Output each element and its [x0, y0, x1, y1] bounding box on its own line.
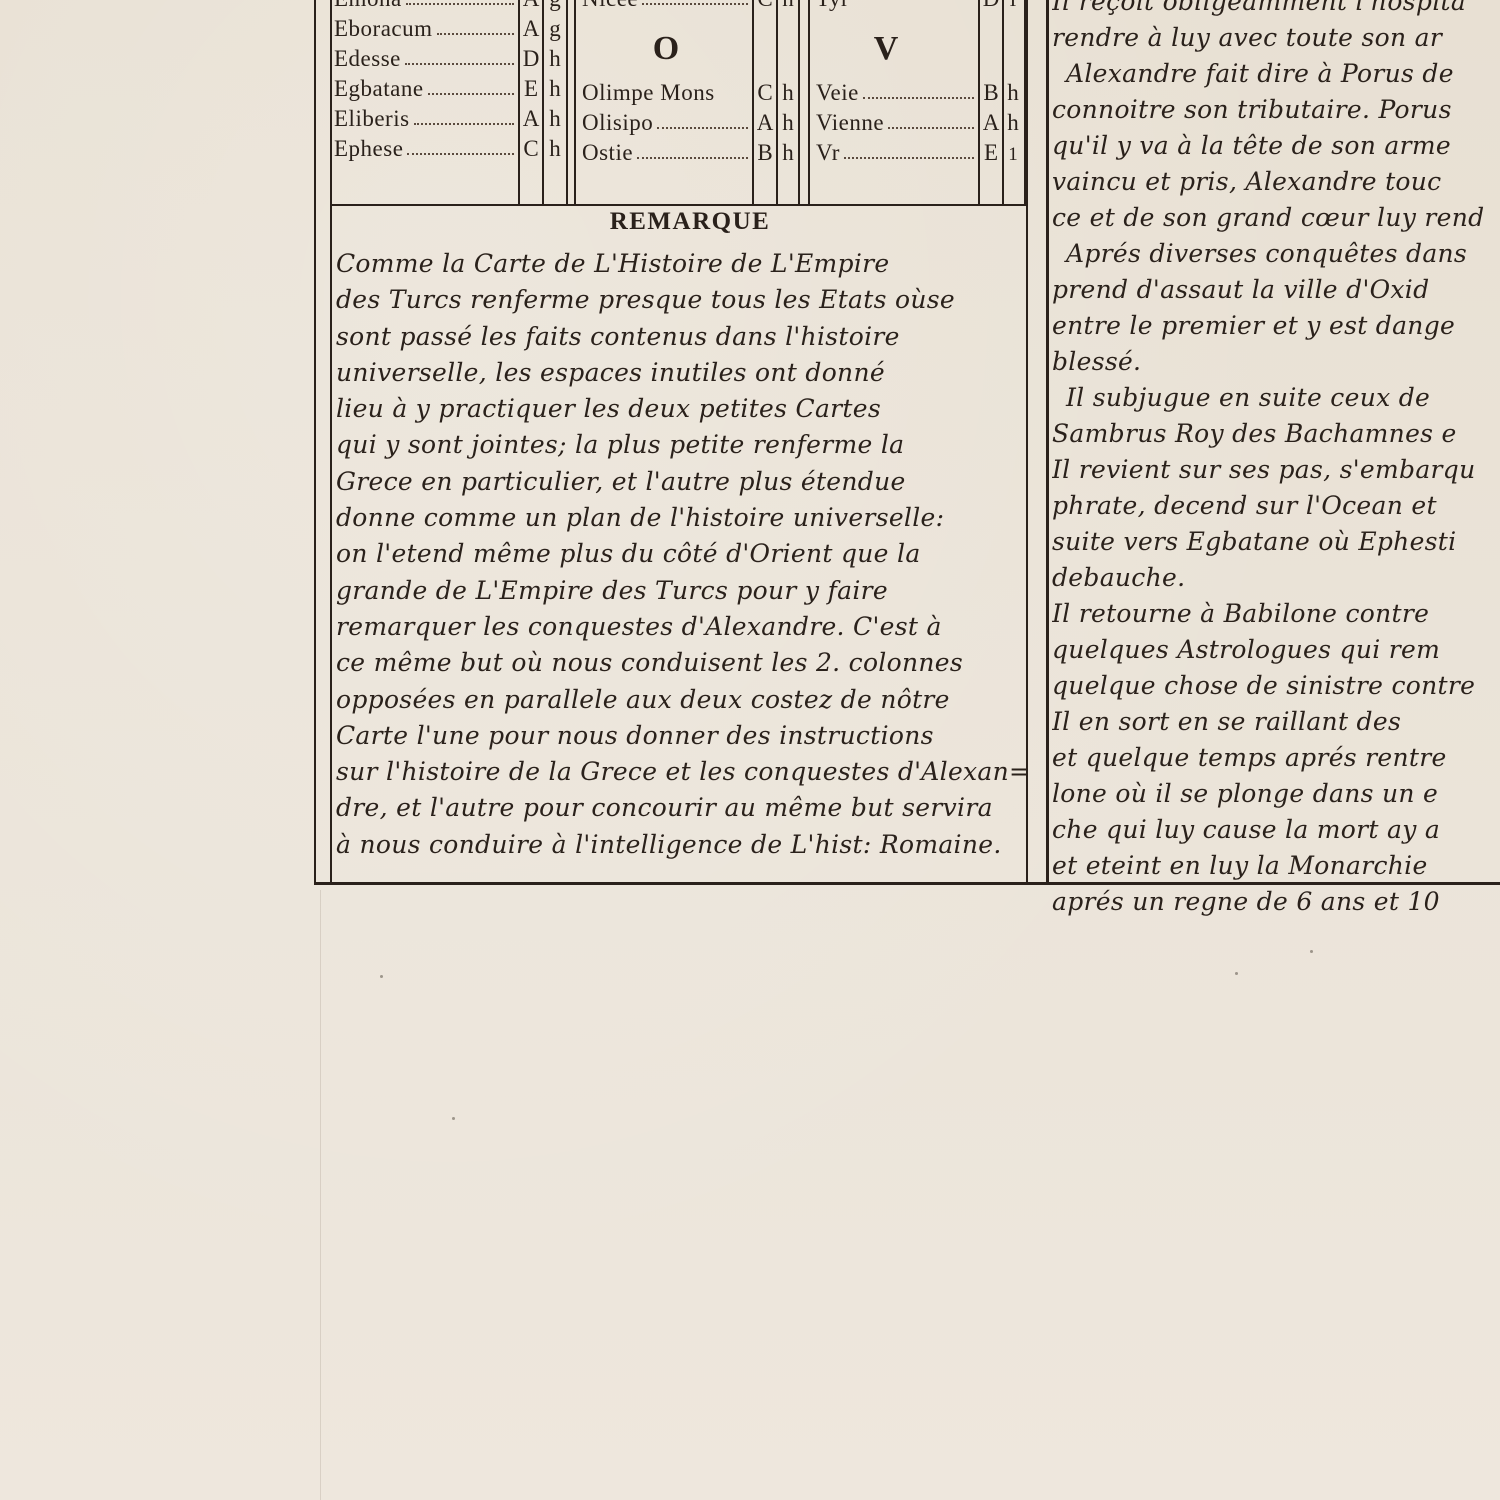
- remarque-line: sont passé les faits contenus dans l'his…: [336, 319, 1026, 355]
- grid-letter: A: [520, 102, 542, 132]
- narrative-line: Il retourne à Babilone contre: [1052, 596, 1500, 632]
- place-index-table: Emona A g Eboracum A g Edesse D h Egbata…: [330, 0, 1028, 206]
- narrative-line: Sambrus Roy des Bachamnes e: [1052, 416, 1500, 452]
- grid-sub: h: [777, 76, 799, 106]
- remarque-line: universelle, les espaces inutiles ont do…: [336, 355, 1026, 391]
- grid-letter: A: [520, 0, 542, 12]
- grid-letter: A: [520, 12, 542, 42]
- narrative-line: lone où il se plonge dans un e: [1052, 776, 1500, 812]
- remarque-line: Comme la Carte de L'Histoire de L'Empire: [336, 246, 1026, 282]
- narrative-line: Alexandre fait dire à Porus de: [1052, 56, 1500, 92]
- table-rule: [808, 0, 810, 204]
- index-row-partial: Tyr: [816, 0, 978, 12]
- grid-sub: g: [544, 12, 566, 42]
- grid-sub: 1: [1002, 136, 1024, 166]
- narrative-line: et eteint en luy la Monarchie: [1052, 848, 1500, 884]
- narrative-line: che qui luy cause la mort ay a: [1052, 812, 1500, 848]
- grid-sub: h: [544, 42, 566, 72]
- grid-sub: g: [544, 0, 566, 12]
- grid-letter: E: [980, 136, 1002, 166]
- grid-sub: h: [1002, 106, 1024, 136]
- narrative-line: et quelque temps aprés rentre: [1052, 740, 1500, 776]
- remarque-line: sur l'histoire de la Grece et les conque…: [336, 754, 1026, 790]
- grid-letter: A: [754, 106, 776, 136]
- grid-letter: D: [520, 42, 542, 72]
- paper-speck: [1235, 972, 1238, 975]
- grid-letter: C: [754, 0, 776, 12]
- remarque-line: lieu à y practiquer les deux petites Car…: [336, 391, 1026, 427]
- grid-sub: h: [544, 72, 566, 102]
- grid-sub: i: [1002, 0, 1024, 12]
- index-row: Egbatane: [334, 72, 518, 102]
- table-rule: [566, 0, 568, 204]
- remarque-line: remarquer les conquestes d'Alexandre. C'…: [336, 609, 1026, 645]
- grid-sub: h: [1002, 76, 1024, 106]
- index-row: Eboracum: [334, 12, 518, 42]
- narrative-line: connoitre son tributaire. Porus: [1052, 92, 1500, 128]
- index-row: Olisipo: [582, 106, 752, 136]
- remarque-line: Carte l'une pour nous donner des instruc…: [336, 718, 1026, 754]
- narrative-line: Aprés diverses conquêtes dans: [1052, 236, 1500, 272]
- narrative-line: aprés un regne de 6 ans et 10: [1052, 884, 1500, 920]
- index-row: Ephese: [334, 132, 518, 162]
- grid-letter: B: [754, 136, 776, 166]
- narrative-line: ce et de son grand cœur luy rend: [1052, 200, 1500, 236]
- remarque-line: donne comme un plan de l'histoire univer…: [336, 500, 1026, 536]
- remarque-line: Grece en particulier, et l'autre plus ét…: [336, 464, 1026, 500]
- grid-sub: h: [777, 106, 799, 136]
- narrative-line: suite vers Egbatane où Ephesti: [1052, 524, 1500, 560]
- grid-letter: E: [520, 72, 542, 102]
- narrative-line: quelques Astrologues qui rem: [1052, 632, 1500, 668]
- narrative-line: debauche.: [1052, 560, 1500, 596]
- frame-divider-outer: [1046, 0, 1049, 884]
- narrative-line: Il reçoit obligeamment l'hospita: [1052, 0, 1500, 20]
- paper-speck: [1310, 950, 1313, 953]
- index-row-partial: Nicee: [582, 0, 752, 12]
- remarque-text-block: Comme la Carte de L'Histoire de L'Empire…: [336, 246, 1026, 863]
- index-row-partial: Emona: [334, 0, 518, 12]
- grid-sub: h: [544, 102, 566, 132]
- narrative-line: Il revient sur ses pas, s'embarqu: [1052, 452, 1500, 488]
- remarque-line: ce même but où nous conduisent les 2. co…: [336, 645, 1026, 681]
- index-row: Ostie: [582, 136, 752, 166]
- remarque-heading: REMARQUE: [560, 208, 820, 236]
- table-rule: [1024, 0, 1026, 204]
- section-letter-o: O: [636, 30, 696, 68]
- grid-letter: D: [980, 0, 1002, 12]
- index-row: Vr: [816, 136, 978, 166]
- index-row: Olimpe Mons: [582, 76, 754, 106]
- remarque-line: on l'etend même plus du côté d'Orient qu…: [336, 536, 1026, 572]
- grid-sub: h: [777, 136, 799, 166]
- plate-mark: [320, 890, 321, 1500]
- narrative-line: qu'il y va à la tête de son arme: [1052, 128, 1500, 164]
- remarque-line: grande de L'Empire des Turcs pour y fair…: [336, 573, 1026, 609]
- narrative-line: Il subjugue en suite ceux de: [1052, 380, 1500, 416]
- alexander-narrative-column: Il reçoit obligeamment l'hospita rendre …: [1052, 0, 1500, 920]
- grid-letter: B: [980, 76, 1002, 106]
- remarque-line: des Turcs renferme presque tous les Etat…: [336, 282, 1026, 318]
- narrative-line: quelque chose de sinistre contre: [1052, 668, 1500, 704]
- narrative-line: prend d'assaut la ville d'Oxid: [1052, 272, 1500, 308]
- narrative-line: vaincu et pris, Alexandre touc: [1052, 164, 1500, 200]
- narrative-line: entre le premier et y est dange: [1052, 308, 1500, 344]
- paper-speck: [380, 975, 383, 978]
- index-row: Veie: [816, 76, 978, 106]
- remarque-line: opposées en parallele aux deux costez de…: [336, 682, 1026, 718]
- grid-letter: A: [980, 106, 1002, 136]
- remarque-line: dre, et l'autre pour concourir au même b…: [336, 790, 1026, 826]
- frame-border-left-outer: [314, 0, 316, 884]
- grid-letter: C: [520, 132, 542, 162]
- grid-sub: h: [544, 132, 566, 162]
- narrative-line: blessé.: [1052, 344, 1500, 380]
- section-letter-v: V: [856, 30, 916, 68]
- index-row: Edesse: [334, 42, 518, 72]
- paper-speck: [452, 1117, 455, 1120]
- grid-letter: C: [754, 76, 776, 106]
- index-row: Eliberis: [334, 102, 518, 132]
- table-bottom-rule: [330, 204, 1028, 206]
- remarque-line: à nous conduire à l'intelligence de L'hi…: [336, 827, 1026, 863]
- narrative-line: Il en sort en se raillant des: [1052, 704, 1500, 740]
- index-row: Vienne: [816, 106, 978, 136]
- narrative-line: rendre à luy avec toute son ar: [1052, 20, 1500, 56]
- table-rule: [574, 0, 576, 204]
- grid-sub: h: [777, 0, 799, 12]
- narrative-line: phrate, decend sur l'Ocean et: [1052, 488, 1500, 524]
- remarque-line: qui y sont jointes; la plus petite renfe…: [336, 427, 1026, 463]
